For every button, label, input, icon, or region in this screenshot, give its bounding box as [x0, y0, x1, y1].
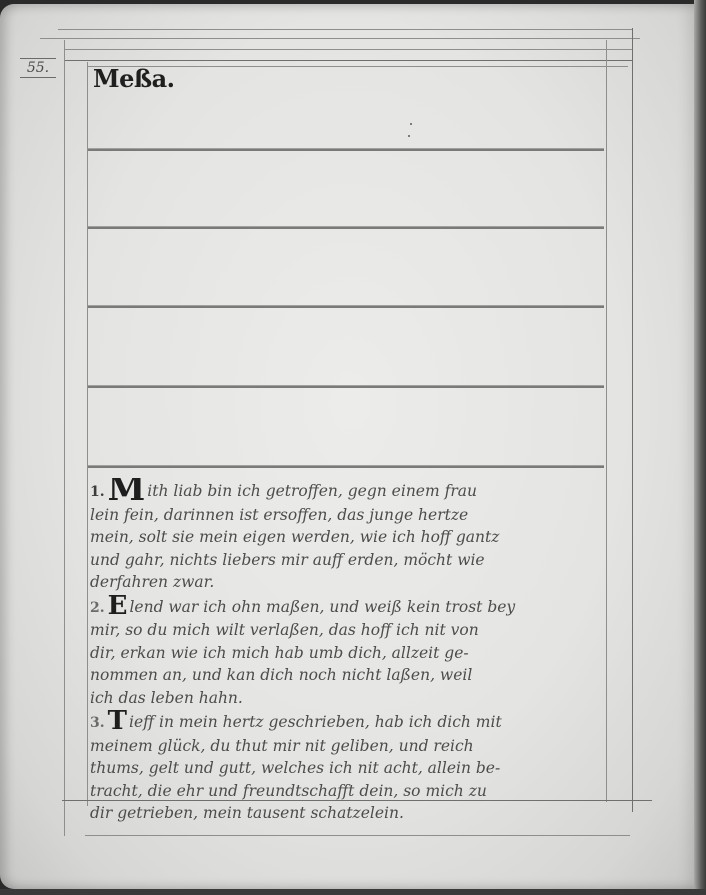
page-bottom-edge	[0, 889, 706, 895]
verse-line: thums, gelt und gutt, welches ich nit ac…	[90, 757, 618, 780]
verse-line: 2.Elend war ich ohn maßen, und weiß kein…	[90, 595, 618, 620]
manuscript-page: 55. Meßa. 1.Mith liab bin ich getroffen,…	[0, 4, 700, 889]
verse-line: nommen an, und kan dich noch nicht laßen…	[90, 664, 618, 687]
staff-line-5	[88, 465, 604, 468]
left-inner-rule	[87, 62, 88, 806]
bottom-rule-2	[85, 835, 630, 836]
verse-line: mein, solt sie mein eigen werden, wie ic…	[90, 526, 618, 549]
verse-line: mir, so du mich wilt verlaßen, das hoff …	[90, 619, 618, 642]
lyrics-block: 1.Mith liab bin ich getroffen, gegn eine…	[90, 478, 618, 825]
verse-2: 2.Elend war ich ohn maßen, und weiß kein…	[90, 595, 618, 710]
ink-speck	[410, 123, 412, 125]
left-frame-rule	[64, 40, 65, 836]
verse-line: tracht, die ehr und freundtschafft dein,…	[90, 780, 618, 803]
verse-text: lend war ich ohn maßen, und weiß kein tr…	[129, 598, 515, 616]
verse-number: 3.	[90, 715, 105, 731]
verse-number: 1.	[90, 484, 105, 500]
staff-line-2	[88, 226, 604, 229]
verse-text: ith liab bin ich getroffen, gegn einem f…	[147, 482, 477, 500]
top-rule-3	[65, 49, 633, 50]
right-frame-rule	[632, 28, 633, 812]
verse-line: und gahr, nichts liebers mir auff erden,…	[90, 549, 618, 572]
staff-line-3	[88, 305, 604, 308]
verse-1: 1.Mith liab bin ich getroffen, gegn eine…	[90, 478, 618, 594]
staff-line-4	[88, 385, 604, 388]
verse-line: 3.Tieff in mein hertz geschrieben, hab i…	[90, 710, 618, 735]
verse-number: 2.	[90, 600, 105, 616]
verse-line: derfahren zwar.	[90, 571, 618, 594]
ink-speck	[408, 135, 410, 137]
top-rule-1	[58, 29, 633, 30]
staff-line-1	[88, 148, 604, 151]
book-gutter	[694, 0, 706, 895]
drop-initial: E	[108, 595, 128, 620]
page-number: 55.	[20, 58, 56, 78]
verse-line: dir, erkan wie ich mich hab umb dich, al…	[90, 642, 618, 665]
verse-line: ich das leben hahn.	[90, 687, 618, 710]
page-title: Meßa.	[93, 64, 174, 93]
drop-initial: T	[108, 710, 127, 735]
verse-line: dir getrieben, mein tausent schatzelein.	[90, 802, 618, 825]
drop-initial: M	[108, 478, 146, 504]
top-rule-2	[40, 38, 640, 39]
top-rule-4	[65, 60, 633, 61]
verse-line: lein fein, darinnen ist ersoffen, das ju…	[90, 504, 618, 527]
verse-line: 1.Mith liab bin ich getroffen, gegn eine…	[90, 478, 618, 504]
verse-3: 3.Tieff in mein hertz geschrieben, hab i…	[90, 710, 618, 825]
verse-text: ieff in mein hertz geschrieben, hab ich …	[129, 713, 502, 731]
verse-line: meinem glück, du thut mir nit geliben, u…	[90, 735, 618, 758]
